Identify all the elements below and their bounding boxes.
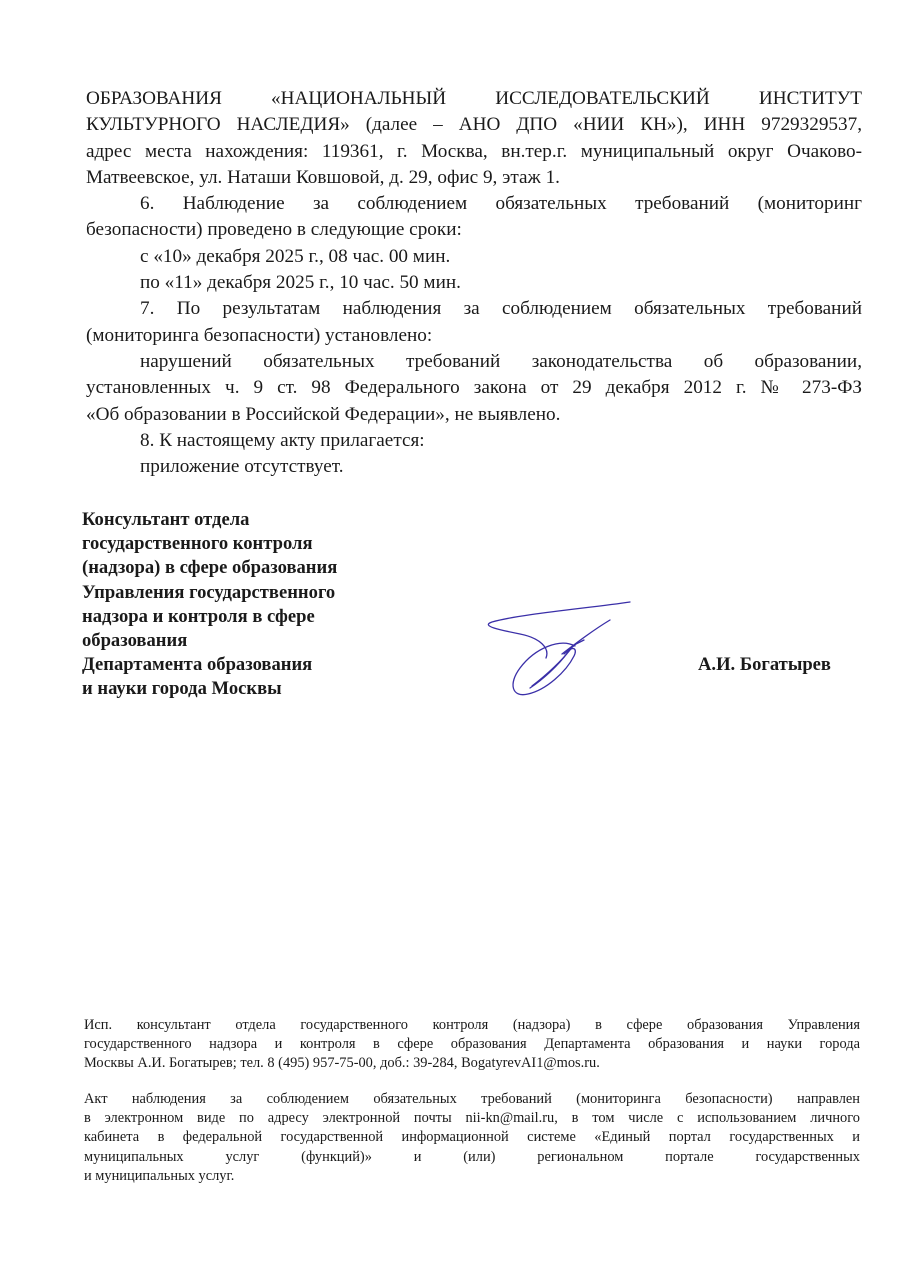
text-line: государственного надзора и контроля в сф… bbox=[84, 1035, 860, 1054]
item-6-paragraph: 6. Наблюдение за соблюдением обязательны… bbox=[86, 191, 862, 244]
item-8-value: приложение отсутствует. bbox=[86, 454, 862, 480]
signer-position-line: Управления государственного bbox=[82, 581, 402, 605]
text-line: «Об образовании в Российской Федерации»,… bbox=[86, 402, 862, 428]
text-line: КУЛЬТУРНОГО НАСЛЕДИЯ» (далее – АНО ДПО «… bbox=[86, 112, 862, 138]
signer-position: Консультант отдела государственного конт… bbox=[82, 508, 402, 702]
item-7-result: нарушений обязательных требований законо… bbox=[86, 349, 862, 428]
text-line: 7. По результатам наблюдения за соблюден… bbox=[86, 296, 862, 322]
text-line: безопасности) проведено в следующие срок… bbox=[86, 217, 862, 243]
signer-name: А.И. Богатырев bbox=[698, 654, 831, 676]
text-line: 6. Наблюдение за соблюдением обязательны… bbox=[86, 191, 862, 217]
monitoring-end: по «11» декабря 2025 г., 10 час. 50 мин. bbox=[86, 270, 862, 296]
text-line: установленных ч. 9 ст. 98 Федерального з… bbox=[86, 375, 862, 401]
text-line: кабинета в федеральной государственной и… bbox=[84, 1128, 860, 1147]
item-7-paragraph: 7. По результатам наблюдения за соблюден… bbox=[86, 296, 862, 349]
signer-position-line: государственного контроля bbox=[82, 532, 402, 556]
signer-position-line: Департамента образования bbox=[82, 653, 402, 677]
intro-paragraph: ОБРАЗОВАНИЯ «НАЦИОНАЛЬНЫЙ ИССЛЕДОВАТЕЛЬС… bbox=[86, 86, 862, 191]
handwritten-signature-icon bbox=[480, 596, 650, 706]
document-body: ОБРАЗОВАНИЯ «НАЦИОНАЛЬНЫЙ ИССЛЕДОВАТЕЛЬС… bbox=[86, 86, 862, 480]
text-line: Москвы А.И. Богатырев; тел. 8 (495) 957-… bbox=[84, 1054, 860, 1073]
executor-info: Исп. консультант отдела государственного… bbox=[84, 1016, 860, 1074]
text-line: (мониторинга безопасности) установлено: bbox=[86, 323, 862, 349]
text-line: и муниципальных услуг. bbox=[84, 1167, 860, 1186]
delivery-notice: Акт наблюдения за соблюдением обязательн… bbox=[84, 1090, 860, 1186]
document-page: ОБРАЗОВАНИЯ «НАЦИОНАЛЬНЫЙ ИССЛЕДОВАТЕЛЬС… bbox=[0, 0, 904, 1280]
signer-position-line: (надзора) в сфере образования bbox=[82, 556, 402, 580]
monitoring-start: с «10» декабря 2025 г., 08 час. 00 мин. bbox=[86, 244, 862, 270]
signer-position-line: образования bbox=[82, 629, 402, 653]
text-line: муниципальных услуг (функций)» и (или) р… bbox=[84, 1148, 860, 1167]
text-line: ОБРАЗОВАНИЯ «НАЦИОНАЛЬНЫЙ ИССЛЕДОВАТЕЛЬС… bbox=[86, 86, 862, 112]
signer-position-line: и науки города Москвы bbox=[82, 677, 402, 701]
text-line: Исп. консультант отдела государственного… bbox=[84, 1016, 860, 1035]
signer-position-line: надзора и контроля в сфере bbox=[82, 605, 402, 629]
text-line: Акт наблюдения за соблюдением обязательн… bbox=[84, 1090, 860, 1109]
text-line: нарушений обязательных требований законо… bbox=[86, 349, 862, 375]
signer-position-line: Консультант отдела bbox=[82, 508, 402, 532]
text-line: адрес места нахождения: 119361, г. Москв… bbox=[86, 139, 862, 165]
text-line: Матвеевское, ул. Наташи Ковшовой, д. 29,… bbox=[86, 165, 862, 191]
text-line: в электронном виде по адресу электронной… bbox=[84, 1109, 860, 1128]
item-8-title: 8. К настоящему акту прилагается: bbox=[86, 428, 862, 454]
